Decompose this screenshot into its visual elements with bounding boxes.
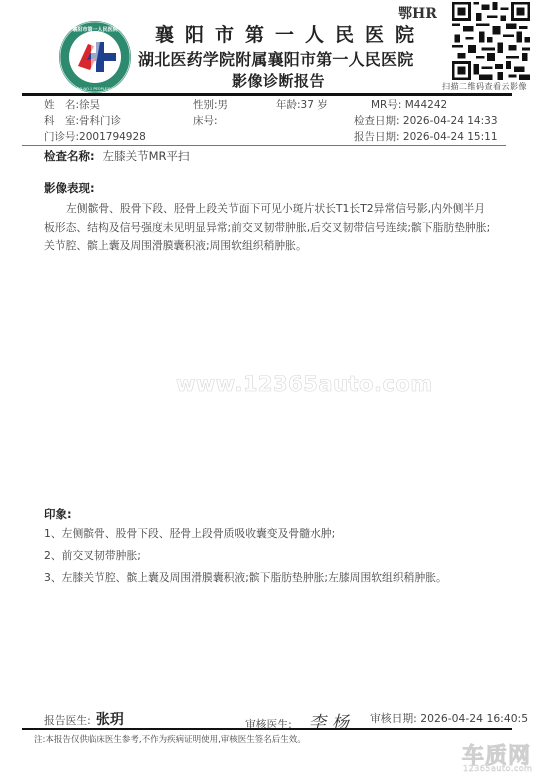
watermark: www.12365auto.com (176, 372, 433, 396)
patient-gender: 男 (218, 99, 229, 111)
findings-text: 左侧髌骨、股骨下段、胫骨上段关节面下可见小斑片状长T1长T2异常信号影,内外侧半… (44, 200, 494, 256)
brand-url: 12365auto.com (463, 764, 532, 773)
patient-name: 徐昊 (79, 99, 100, 111)
findings-title: 影像表现: (44, 180, 95, 196)
exam-name-field: 检查名称:左膝关节MR平扫 (44, 148, 190, 164)
reviewer-signature: 李杨 (309, 713, 355, 733)
mr-number-field: MR号: M44242 (371, 97, 447, 112)
exam-date: 2026-04-24 14:33 (403, 115, 498, 127)
patient-age-field: 年龄:37 岁 (276, 97, 328, 112)
svg-text:XIANGYANG NO.1 PEOPLE'S HOSPIT: XIANGYANG NO.1 PEOPLE'S HOSPITAL (61, 87, 129, 91)
outpatient-number: 2001794928 (79, 131, 146, 143)
impression-title: 印象: (44, 506, 72, 522)
review-date: 2026-04-24 16:40:5 (420, 712, 528, 725)
patient-name-field: 姓 名:徐昊 (44, 97, 100, 112)
impression-item: 1、左侧髌骨、股骨下段、胫骨上段骨质吸收囊变及骨髓水肿; (44, 526, 335, 541)
patient-gender-field: 性别:男 (193, 97, 228, 112)
qr-caption: 扫描二维码查看云影像 (442, 81, 527, 92)
impression-item: 2、前交叉韧带肿胀; (44, 548, 141, 563)
review-date-field: 审核日期: 2026-04-24 16:40:5 (370, 711, 528, 726)
report-title: 影像诊断报告 (232, 70, 325, 91)
disclaimer-note: 注:本报告仅供临床医生参考,不作为疾病证明使用,审核医生签名后生效。 (34, 733, 306, 745)
report-date-field: 报告日期: 2026-04-24 15:11 (354, 129, 498, 144)
bed-field: 床号: (193, 113, 218, 128)
hospital-name: 襄阳市第一人民医院 (155, 20, 425, 47)
mr-number: M44242 (405, 99, 447, 111)
region-code: 鄂HR (398, 3, 437, 23)
exam-date-field: 检查日期: 2026-04-24 14:33 (354, 113, 498, 128)
report-date: 2026-04-24 15:11 (403, 131, 498, 143)
svg-text:襄阳市第一人民医院: 襄阳市第一人民医院 (72, 26, 117, 33)
hospital-affiliation: 湖北医药学院附属襄阳市第一人民医院 (138, 47, 413, 70)
department: 骨科门诊 (79, 115, 121, 127)
qr-code[interactable] (452, 2, 530, 80)
footer-divider (22, 728, 512, 730)
reporter-field: 报告医生: 张玥 (44, 709, 124, 729)
exam-name: 左膝关节MR平扫 (103, 149, 190, 163)
outpatient-number-field: 门诊号:2001794928 (44, 129, 146, 144)
info-divider (22, 145, 506, 146)
impression-item: 3、左膝关节腔、髌上囊及周围滑膜囊积液;髌下脂肪垫肿胀;左膝周围软组织稍肿胀。 (44, 570, 447, 585)
patient-age: 37 岁 (301, 99, 328, 111)
header-divider (22, 93, 512, 96)
department-field: 科 室:骨科门诊 (44, 113, 121, 128)
hospital-logo: 襄阳市第一人民医院 XIANGYANG NO.1 PEOPLE'S HOSPIT… (58, 20, 132, 94)
reporter-name: 张玥 (96, 712, 124, 728)
